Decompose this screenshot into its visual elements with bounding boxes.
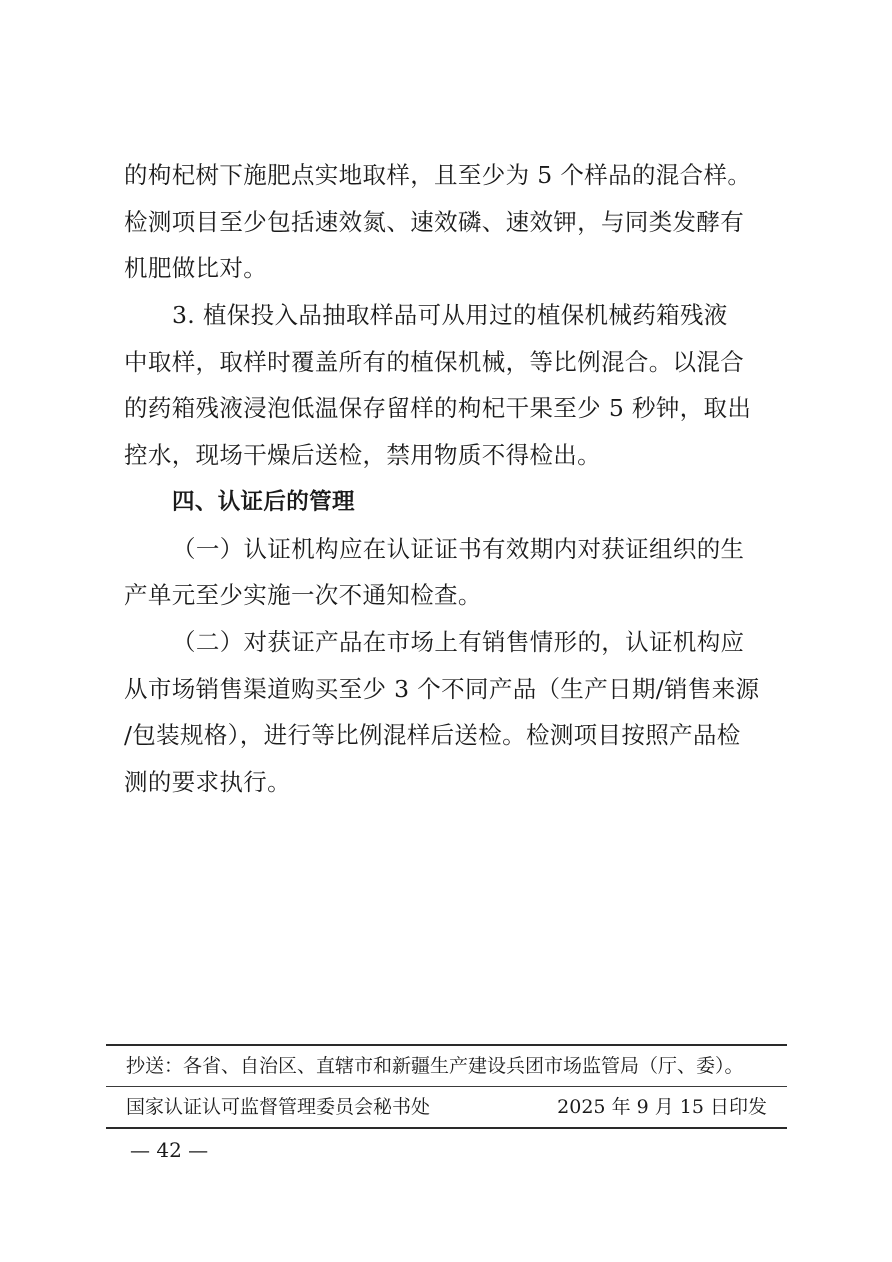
body-line: 机肥做比对。 (124, 245, 776, 292)
footer-rule-bottom (106, 1127, 787, 1129)
body-line: 的药箱残液浸泡低温保存留样的枸杞干果至少 5 秒钟，取出 (124, 385, 776, 432)
issue-date: 2025 年 9 月 15 日印发 (557, 1087, 767, 1127)
body-line: 测的要求执行。 (124, 759, 776, 806)
body-line: 的枸杞树下施肥点实地取样，且至少为 5 个样品的混合样。 (124, 152, 776, 199)
issuer-row: 国家认证认可监督管理委员会秘书处 2025 年 9 月 15 日印发 (106, 1087, 787, 1127)
body-text: 的枸杞树下施肥点实地取样，且至少为 5 个样品的混合样。 检测项目至少包括速效氮… (124, 152, 776, 806)
document-footer: 抄送：各省、自治区、直辖市和新疆生产建设兵团市场监管局（厅、委）。 国家认证认可… (106, 1044, 787, 1129)
body-line: 控水，现场干燥后送检，禁用物质不得检出。 (124, 432, 776, 479)
body-line: /包装规格），进行等比例混样后送检。检测项目按照产品检 (124, 712, 776, 759)
issuer: 国家认证认可监督管理委员会秘书处 (126, 1087, 430, 1127)
cc-line: 抄送：各省、自治区、直辖市和新疆生产建设兵团市场监管局（厅、委）。 (126, 1046, 744, 1086)
page-number: — 42 — (130, 1135, 208, 1165)
section-heading: 四、认证后的管理 (124, 479, 776, 526)
body-line: 从市场销售渠道购买至少 3 个不同产品（生产日期/销售来源 (124, 666, 776, 713)
body-line: 产单元至少实施一次不通知检查。 (124, 572, 776, 619)
body-line: （二）对获证产品在市场上有销售情形的，认证机构应 (124, 619, 776, 666)
body-line: 检测项目至少包括速效氮、速效磷、速效钾，与同类发酵有 (124, 199, 776, 246)
document-page: 的枸杞树下施肥点实地取样，且至少为 5 个样品的混合样。 检测项目至少包括速效氮… (0, 0, 892, 1262)
body-line: 3. 植保投入品抽取样品可从用过的植保机械药箱残液 (124, 292, 776, 339)
cc-row: 抄送：各省、自治区、直辖市和新疆生产建设兵团市场监管局（厅、委）。 (106, 1046, 787, 1086)
body-line: （一）认证机构应在认证证书有效期内对获证组织的生 (124, 526, 776, 573)
body-line: 中取样，取样时覆盖所有的植保机械，等比例混合。以混合 (124, 339, 776, 386)
